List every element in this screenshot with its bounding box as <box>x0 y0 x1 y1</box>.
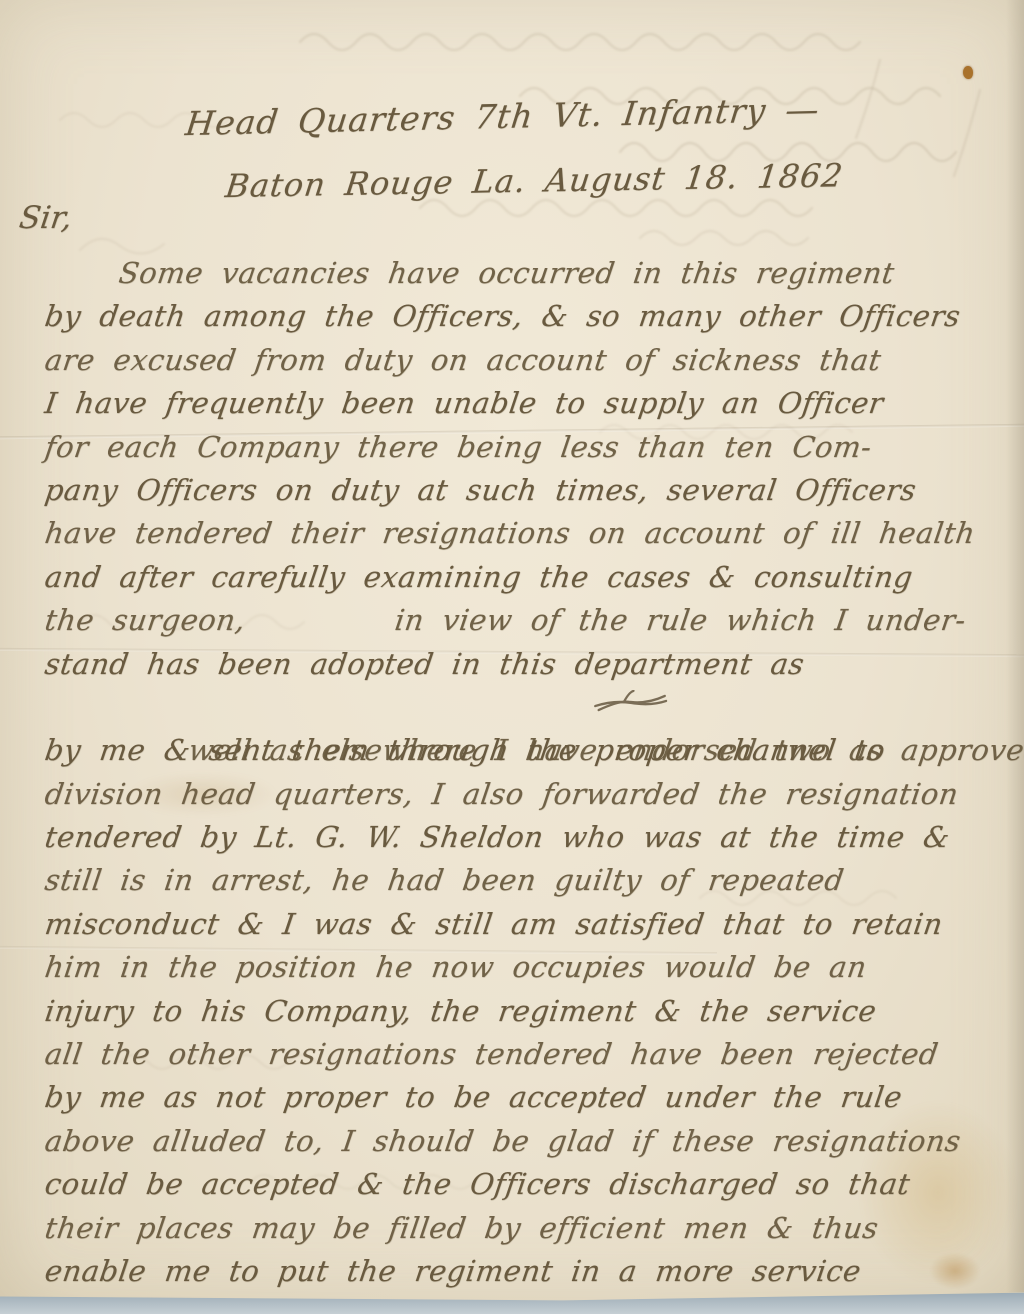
header-line-2: Baton Rouge La. August 18. 1862 <box>223 156 845 205</box>
letter-line: their places may be filled by efficient … <box>42 1207 1024 1250</box>
letter-line: misconduct & I was & still am satisfied … <box>42 903 1024 946</box>
letter-line: tendered by Lt. G. W. Sheldon who was at… <box>42 816 1024 859</box>
letter-line: are excused from duty on account of sick… <box>42 339 1024 382</box>
letter-line: above alluded to, I should be glad if th… <box>42 1120 1024 1163</box>
strikethrough-mark <box>592 690 670 716</box>
letter-line: have tendered their resignations on acco… <box>42 512 1024 555</box>
scanned-letter: Head Quarters 7th Vt. Infantry — Baton R… <box>0 0 1024 1314</box>
letter-line: by me & sent them through the proper cha… <box>42 729 1024 772</box>
letter-line: for each Company there being less than t… <box>42 426 1024 469</box>
letter-line: by death among the Officers, & so many o… <box>42 295 1024 338</box>
letter-line: the surgeon, in view of the rule which I… <box>42 599 1024 642</box>
letter-page: Head Quarters 7th Vt. Infantry — Baton R… <box>0 0 1024 1303</box>
letter-line: Some vacancies have occurred in this reg… <box>42 252 1024 295</box>
salutation: Sir, <box>17 200 74 236</box>
letter-line: could be accepted & the Officers dischar… <box>42 1163 1024 1206</box>
ink-speck <box>963 66 973 79</box>
letter-line: well as elsewhere I have endorsed two as… <box>42 686 1024 729</box>
letter-line: him in the position he now occupies woul… <box>42 946 1024 989</box>
letter-line: injury to his Company, the regiment & th… <box>42 990 1024 1033</box>
letter-body: Some vacancies have occurred in this reg… <box>42 252 1020 1293</box>
letter-line: still is in arrest, he had been guilty o… <box>42 859 1024 902</box>
letter-line: division head quarters, I also forwarded… <box>42 773 1024 816</box>
header-line-1: Head Quarters 7th Vt. Infantry — <box>183 90 821 143</box>
letter-line: enable me to put the regiment in a more … <box>42 1250 1024 1293</box>
letter-line: and after carefully examining the cases … <box>42 556 1024 599</box>
letter-line: by me as not proper to be accepted under… <box>42 1076 1024 1119</box>
letter-line: all the other resignations tendered have… <box>42 1033 1024 1076</box>
letter-line: stand has been adopted in this departmen… <box>42 643 1024 686</box>
letter-line: I have frequently been unable to supply … <box>42 382 1024 425</box>
letter-line: pany Officers on duty at such times, sev… <box>42 469 1024 512</box>
